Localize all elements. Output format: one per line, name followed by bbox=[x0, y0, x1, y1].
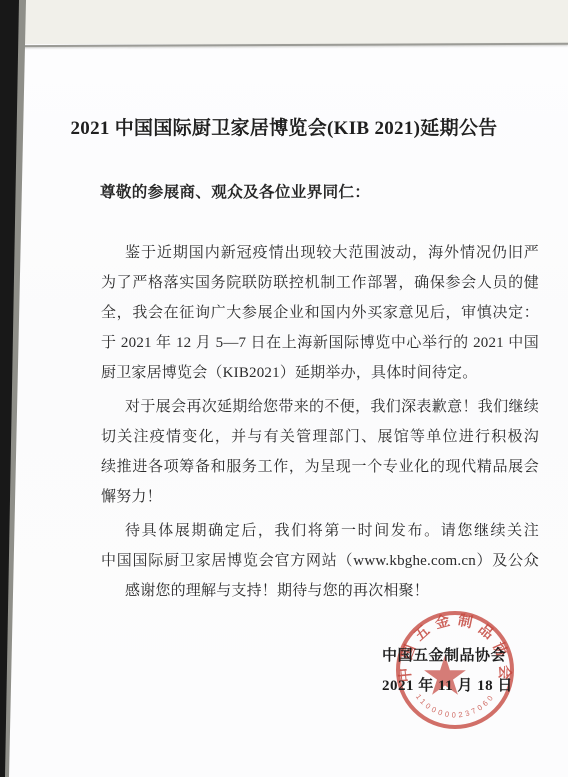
paragraph: 感谢您的理解与支持！期待与您的再次相聚！ bbox=[101, 576, 539, 606]
paragraph: 鉴于近期国内新冠疫情出现较大范围波动，海外情况仍旧严峻，为了严格落实国务院联防联… bbox=[101, 238, 539, 388]
document-line: 切关注疫情变化，并与有关管理部门、展馆等单位进行积极沟通，持 bbox=[101, 422, 539, 452]
scanner-background-strip bbox=[0, 0, 568, 44]
document-line: 中国国际厨卫家居博览会官方网站（www.kbghe.com.cn）及公众号。 bbox=[101, 546, 539, 576]
document-line: 鉴于近期国内新冠疫情出现较大范围波动，海外情况仍旧严峻， bbox=[101, 238, 539, 268]
letter-body: 鉴于近期国内新冠疫情出现较大范围波动，海外情况仍旧严峻，为了严格落实国务院联防联… bbox=[101, 238, 539, 606]
document-line: 感谢您的理解与支持！期待与您的再次相聚！ bbox=[101, 576, 539, 606]
document-line: 厨卫家居博览会（KIB2021）延期举办，具体时间待定。 bbox=[101, 358, 539, 388]
document-line: 为了严格落实国务院联防联控机制工作部署，确保参会人员的健康安 bbox=[101, 268, 539, 298]
document-line: 于 2021 年 12 月 5—7 日在上海新国际博览中心举行的 2021 中国… bbox=[101, 328, 539, 358]
svg-text:1100000237060: 1100000237060 bbox=[414, 692, 496, 719]
paragraph: 对于展会再次延期给您带来的不便，我们深表歉意！我们继续密切关注疫情变化，并与有关… bbox=[101, 392, 539, 512]
signature-org: 中国五金制品协会 bbox=[382, 646, 513, 676]
page-title: 2021 中国国际厨卫家居博览会(KIB 2021)延期公告 bbox=[20, 116, 548, 142]
signature-block: 中国五金制品协会 2021 年 11 月 18 日 bbox=[382, 646, 513, 696]
seal-number: 1100000237060 bbox=[414, 692, 496, 719]
document-line: 续推进各项筹备和服务工作，为呈现一个专业化的现代精品展会而不 bbox=[101, 452, 539, 482]
scanned-letter: 2021 中国国际厨卫家居博览会(KIB 2021)延期公告 尊敬的参展商、观众… bbox=[0, 0, 568, 777]
document-line: 全，我会在征询广大参展企业和国内外买家意见后，审慎决定：原定 bbox=[101, 298, 539, 328]
paragraph: 待具体展期确定后，我们将第一时间发布。请您继续关注 2021中国国际厨卫家居博览… bbox=[101, 516, 539, 576]
document-line: 待具体展期确定后，我们将第一时间发布。请您继续关注 2021 bbox=[101, 516, 539, 546]
signature-date: 2021 年 11 月 18 日 bbox=[382, 676, 513, 696]
document-line: 对于展会再次延期给您带来的不便，我们深表歉意！我们继续密 bbox=[101, 392, 539, 422]
salutation: 尊敬的参展商、观众及各位业界同仁： bbox=[100, 180, 540, 202]
document-line: 懈努力！ bbox=[101, 482, 539, 512]
